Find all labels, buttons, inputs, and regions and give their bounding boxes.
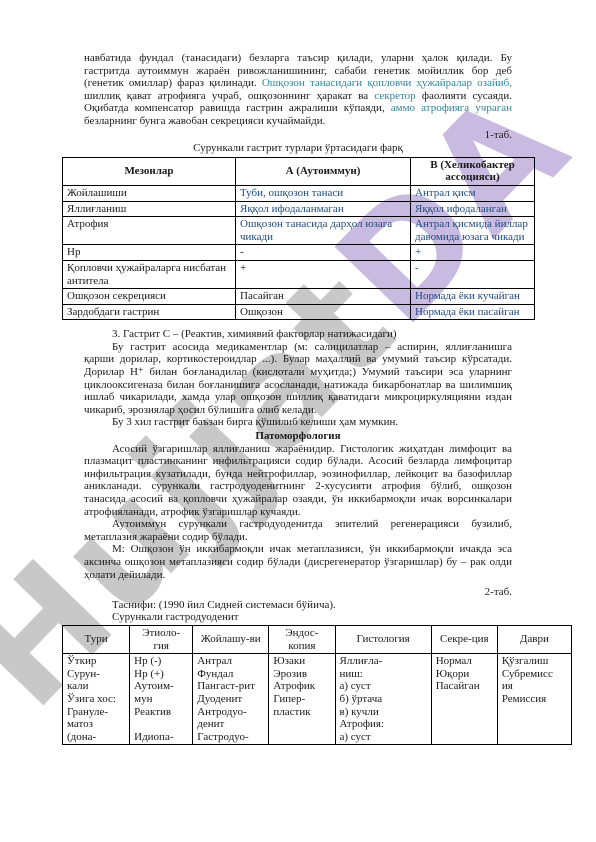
classification-subject: Сурункали гастродуоденит (84, 611, 512, 624)
table-cell: Нормал Юқори Пасайган (431, 654, 497, 745)
table-row: ЖойлашишиТуби, ошқозон танасиАнтрал қисм (63, 185, 535, 201)
table-row: Қопловчи ҳужайраларга нисбатан антитела+… (63, 260, 535, 288)
table-row: Ўткир Сурун- кали Ўзига хос: Грануле- ма… (63, 654, 572, 745)
text-segment: шиллиқ қават атрофияга учраб, ошқозоннин… (84, 90, 374, 102)
table-cell: Зардобдаги гастрин (63, 304, 236, 320)
table-cell: Ўткир Сурун- кали Ўзига хос: Грануле- ма… (63, 654, 130, 745)
table-cell: Нр (-) Нр (+) Аутоим- мун Реактив Идиопа… (130, 654, 193, 745)
column-header: А (Аутоиммун) (236, 157, 411, 185)
column-header: В (Хеликобактер ассоцияси) (411, 157, 535, 185)
table-cell: Қўзгалиш Субремисс ия Ремиссия (497, 654, 571, 745)
table-cell: Нормада ёки пасайган (411, 304, 535, 320)
text-segment: секретор (374, 90, 415, 102)
table-cell: Нормада ёки кучайган (411, 289, 535, 305)
table-row: Нр-+ (63, 245, 535, 261)
intro-paragraph: навбатида фундал (танасидаги) безларга т… (84, 52, 512, 128)
column-header: Секре-ция (431, 625, 497, 653)
column-header: Этиоло- гия (130, 625, 193, 653)
column-header: Эндос- копия (269, 625, 335, 653)
table1-number-label: 1-таб. (84, 129, 512, 142)
table1-caption: Сурункали гастрит турлари ўртасидаги фар… (0, 142, 596, 155)
table-cell: Антрал қисмида йиллар давомида юзага чик… (411, 217, 535, 245)
table-row: АтрофияОшқозон танасида дарҳол юзага чик… (63, 217, 535, 245)
table-cell: Юзаки Эрозив Атрофик Гипер- пластик (269, 654, 335, 745)
column-header: Тури (63, 625, 130, 653)
table-row: ЯллиғланишЯққол ифодаланмаганЯққол ифода… (63, 201, 535, 217)
table-cell: Пасайган (236, 289, 411, 305)
table-cell: Яққол ифодаланмаган (236, 201, 411, 217)
table-cell: Яллиғла- ниш: а) суст б) ўртача в) кучли… (335, 654, 431, 745)
table-row: Ошқозон секрециясиПасайганНормада ёки ку… (63, 289, 535, 305)
patomorphology-paragraph-2: Аутоиммун сурункали гастродуоденитда эпи… (84, 518, 512, 543)
gastritis-comparison-table: МезонларА (Аутоиммун)В (Хеликобактер асс… (62, 157, 535, 321)
document-page: HujjatDA навбатида фундал (танасидаги) б… (0, 0, 596, 842)
classification-line: Таснифи: (1990 йил Сидней системаси бўйи… (84, 599, 512, 612)
column-header: Жойлашу-ви (193, 625, 269, 653)
text-segment: аммо атрофияга учраган (391, 102, 512, 114)
table-cell: - (411, 260, 535, 288)
page-content: навбатида фундал (танасидаги) безларга т… (0, 0, 596, 745)
gastritis-c-paragraph: Бу гастрит асосида медикаментлар (м: сал… (84, 341, 512, 417)
table-cell: Ошқозон секрецияси (63, 289, 236, 305)
table-cell: - (236, 245, 411, 261)
gastritis-c-heading: 3. Гастрит С – (Реактив, химиявий фактор… (84, 328, 512, 341)
table-cell: Ошқозон (236, 304, 411, 320)
table-cell: Антрал қисм (411, 185, 535, 201)
table2-number-label: 2-таб. (84, 586, 512, 599)
table-cell: Қопловчи ҳужайраларга нисбатан антитела (63, 260, 236, 288)
table-header-row: МезонларА (Аутоиммун)В (Хеликобактер асс… (63, 157, 535, 185)
patomorphology-heading: Патоморфология (0, 430, 596, 443)
patomorphology-paragraph-1: Асосий ўзгаришлар яллиғланиш жараёнидир.… (84, 443, 512, 519)
table-cell: Яллиғланиш (63, 201, 236, 217)
table-cell: Яққол ифодаланган (411, 201, 535, 217)
column-header: Мезонлар (63, 157, 236, 185)
table-cell: Туби, ошқозон танаси (236, 185, 411, 201)
gastritis-c-note: Бу 3 хил гастрит баъзан бирга қўшилиб ке… (84, 416, 512, 429)
table-cell: Жойлашиши (63, 185, 236, 201)
table-cell: Нр (63, 245, 236, 261)
table-cell: Атрофия (63, 217, 236, 245)
table-cell: Антрал Фундал Пангаст-рит Дуоденит Антро… (193, 654, 269, 745)
table-cell: + (411, 245, 535, 261)
text-segment: Ошқозон танасидаги қопловчи ҳужайралар о… (262, 77, 512, 89)
table-cell: Ошқозон танасида дарҳол юзага чикади (236, 217, 411, 245)
table-header-row: ТуриЭтиоло- гияЖойлашу-виЭндос- копияГис… (63, 625, 572, 653)
column-header: Гистология (335, 625, 431, 653)
gastroduodenitis-classification-table: ТуриЭтиоло- гияЖойлашу-виЭндос- копияГис… (62, 625, 572, 745)
text-segment: безларнинг бунга жавобан секрецияси куча… (84, 115, 325, 127)
column-header: Даври (497, 625, 571, 653)
table-cell: + (236, 260, 411, 288)
patomorphology-paragraph-3: М: Ошқозон ўн иккибармоқли ичак метаплаз… (84, 543, 512, 581)
table-row: Зардобдаги гастринОшқозонНормада ёки пас… (63, 304, 535, 320)
